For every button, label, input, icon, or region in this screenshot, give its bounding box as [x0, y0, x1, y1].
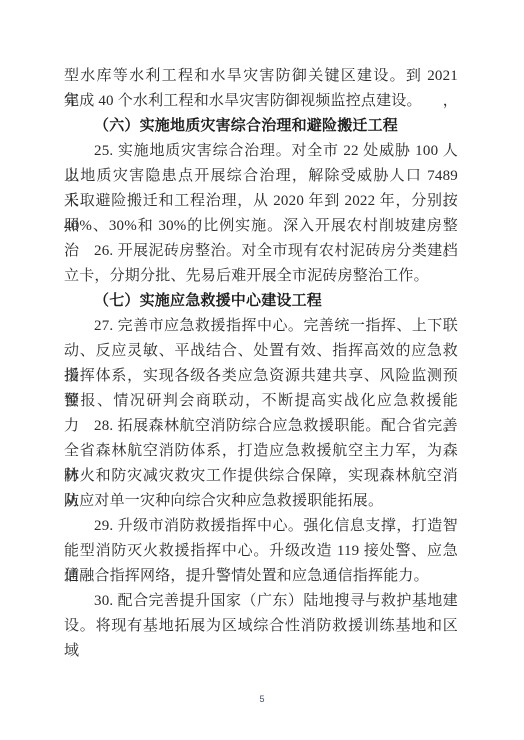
- text-line: 从应对单一灾种向综合灾种应急救援职能拓展。: [64, 489, 458, 514]
- text-line: 30. 配合完善提升国家（广东）陆地搜寻与救护基地建: [64, 589, 458, 614]
- section-six: （六）实施地质灾害综合治理和避险搬迁工程: [64, 114, 458, 139]
- section-heading: （七）实施应急救援中心建设工程: [64, 289, 458, 314]
- text-line: 29. 升级市消防救援指挥中心。强化信息支撑，打造智: [64, 514, 458, 539]
- text-line: 采取避险搬迁和工程治理，从 2020 年到 2022 年，分别按照: [64, 189, 458, 214]
- paragraph-item-30: 30. 配合完善提升国家（广东）陆地搜寻与救护基地建 设。将现有基地拓展为区域综…: [64, 589, 458, 639]
- text-block: 型水库等水利工程和水旱灾害防御关键区建设。到 2021 年， 完成 40 个水利…: [64, 64, 458, 639]
- text-line: 指挥体系，实现各级各类应急资源共建共享、风险监测预警: [64, 364, 458, 389]
- text-line: 设。将现有基地拓展为区域综合性消防救援训练基地和区域: [64, 614, 458, 639]
- text-line: 能型消防灭火救援指挥中心。升级改造 119 接处警、应急通: [64, 539, 458, 564]
- paragraph-item-27: 27. 完善市应急救援指挥中心。完善统一指挥、上下联 动、反应灵敏、平战结合、处…: [64, 314, 458, 414]
- text-line: 防火和防灾减灾救灾工作提供综合保障，实现森林航空消防: [64, 464, 458, 489]
- text-line: 26. 开展泥砖房整治。对全市现有农村泥砖房分类建档: [64, 239, 458, 264]
- paragraph-item-28: 28. 拓展森林航空消防综合应急救援职能。配合省完善 全省森林航空消防体系，打造…: [64, 414, 458, 514]
- section-seven: （七）实施应急救援中心建设工程: [64, 289, 458, 314]
- paragraph-item-29: 29. 升级市消防救援指挥中心。强化信息支撑，打造智 能型消防灭火救援指挥中心。…: [64, 514, 458, 589]
- text-line: 25. 实施地质灾害综合治理。对全市 22 处威胁 100 人以: [64, 139, 458, 164]
- document-page: 型水库等水利工程和水旱灾害防御关键区建设。到 2021 年， 完成 40 个水利…: [0, 0, 524, 740]
- page-number: 5: [0, 693, 524, 705]
- text-line: 28. 拓展森林航空消防综合应急救援职能。配合省完善: [64, 414, 458, 439]
- paragraph-item-25: 25. 实施地质灾害综合治理。对全市 22 处威胁 100 人以 上地质灾害隐患…: [64, 139, 458, 239]
- text-line: 预报、情况研判会商联动，不断提高实战化应急救援能力。: [64, 389, 458, 414]
- text-line: 立卡，分期分批、先易后难开展全市泥砖房整治工作。: [64, 264, 458, 289]
- text-line: 完成 40 个水利工程和水旱灾害防御视频监控点建设。: [64, 89, 458, 114]
- text-line: 动、反应灵敏、平战结合、处置有效、指挥高效的应急救援: [64, 339, 458, 364]
- text-line: 全省森林航空消防体系，打造应急救援航空主力军，为森林: [64, 439, 458, 464]
- text-line: 40%、30%和 30%的比例实施。深入开展农村削坡建房整治。: [64, 214, 458, 239]
- text-line: 信融合指挥网络，提升警情处置和应急通信指挥能力。: [64, 564, 458, 589]
- paragraph-continued: 型水库等水利工程和水旱灾害防御关键区建设。到 2021 年， 完成 40 个水利…: [64, 64, 458, 114]
- text-line: 27. 完善市应急救援指挥中心。完善统一指挥、上下联: [64, 314, 458, 339]
- text-line: 上地质灾害隐患点开展综合治理，解除受威胁人口 7489 人。: [64, 164, 458, 189]
- paragraph-item-26: 26. 开展泥砖房整治。对全市现有农村泥砖房分类建档 立卡，分期分批、先易后难开…: [64, 239, 458, 289]
- text-line: 型水库等水利工程和水旱灾害防御关键区建设。到 2021 年，: [64, 64, 458, 89]
- section-heading: （六）实施地质灾害综合治理和避险搬迁工程: [64, 114, 458, 139]
